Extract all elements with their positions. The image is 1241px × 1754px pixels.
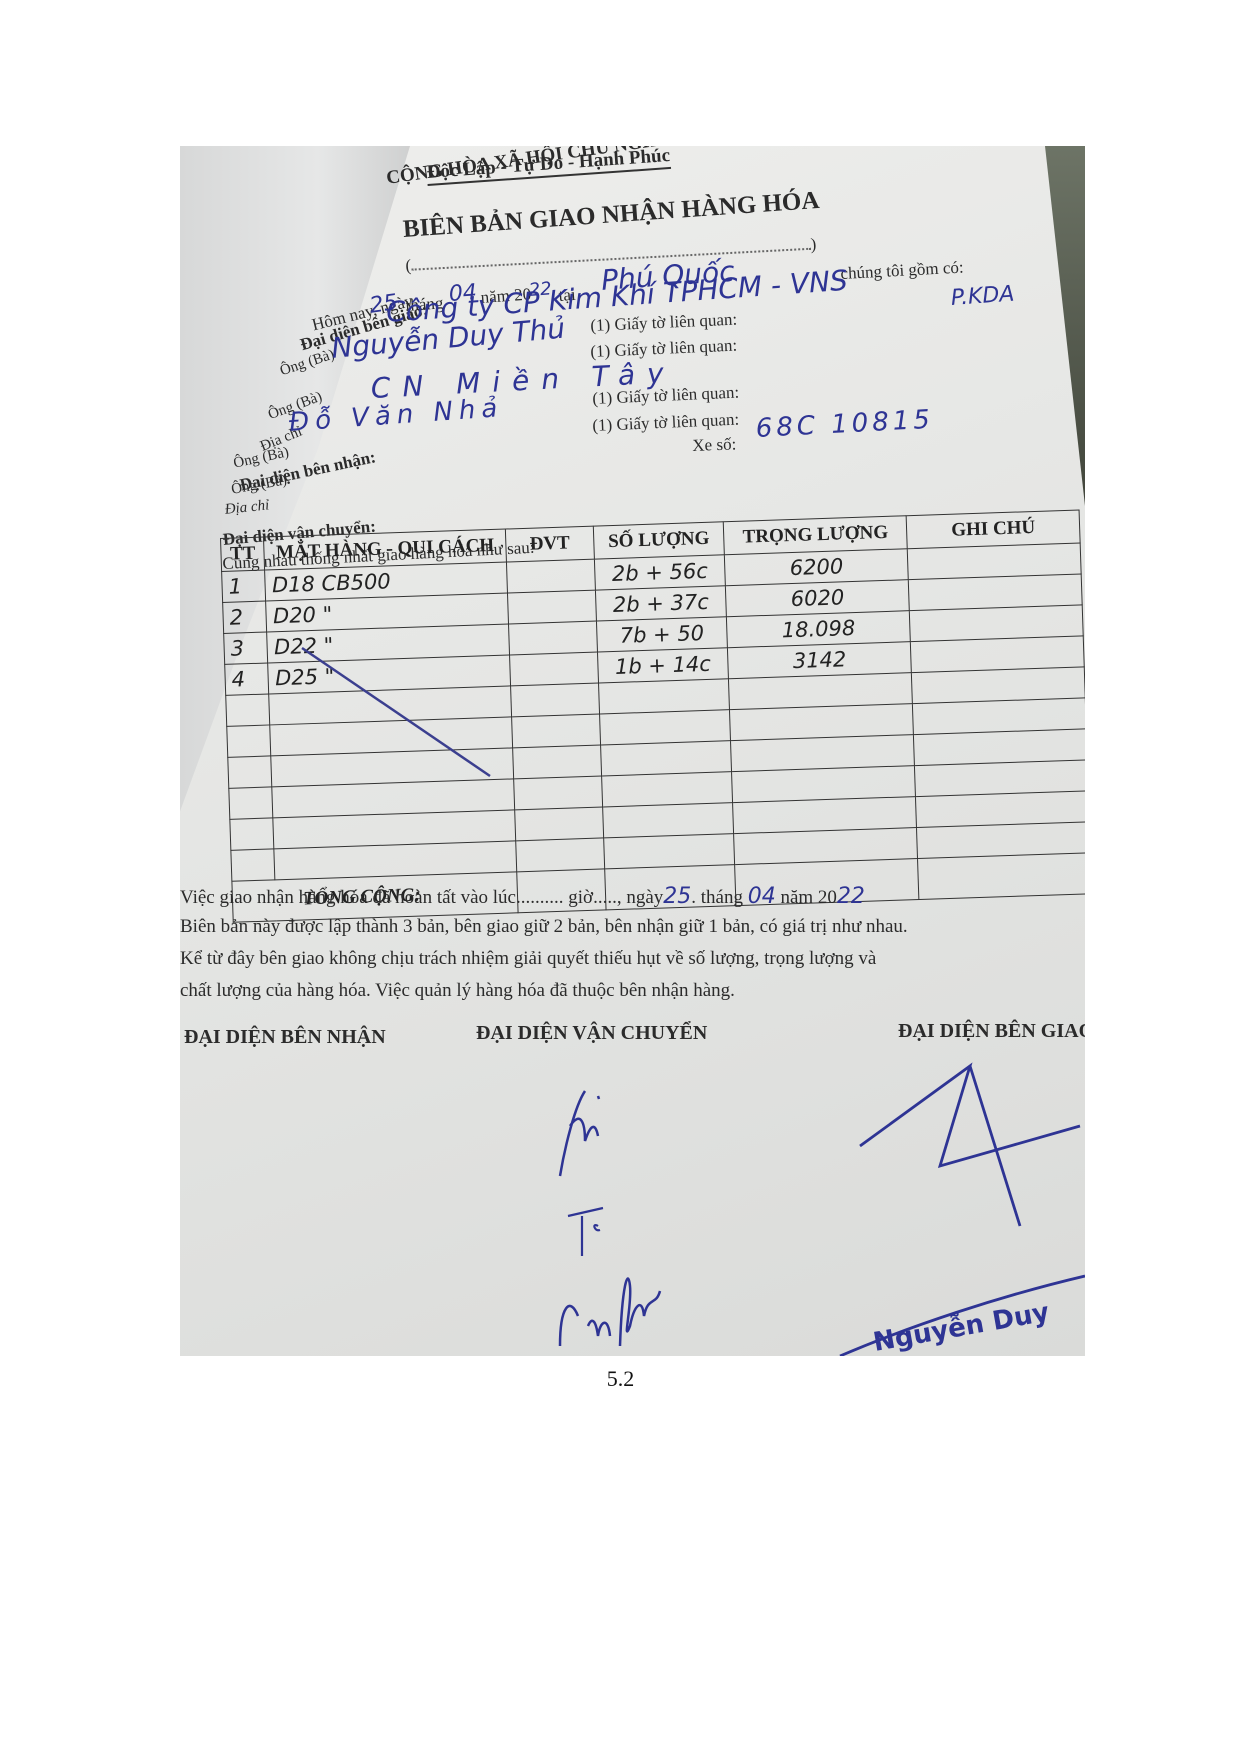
cross-out-stroke: [300, 646, 500, 786]
table-cell-tt: 3: [224, 632, 268, 664]
table-cell-tt: 2: [223, 601, 267, 633]
col-qty: SỐ LƯỢNG: [593, 522, 724, 559]
terms-line-1: Biên bản này được lập thành 3 bản, bên g…: [180, 916, 908, 938]
document-photo: CỘNG HÒA XÃ HỘI CHỦ NGHĨA VIỆT NAM Độc L…: [180, 146, 1085, 1356]
col-tt: TT: [221, 537, 265, 571]
completion-line: Việc giao nhận hàng hóa đã hoàn tất vào …: [180, 884, 865, 909]
completion-year-label: năm 20: [780, 887, 836, 908]
completion-month-label: tháng: [701, 887, 743, 908]
table-cell-qty: 1b + 14c: [597, 648, 728, 683]
table-cell-tt: 1: [222, 570, 266, 602]
table-cell-tt: 4: [225, 663, 269, 695]
table-cell-qty: [602, 803, 733, 838]
table-cell-qty: [598, 679, 729, 714]
completion-month: 04: [748, 884, 776, 909]
table-cell-unit: [510, 683, 599, 717]
table-cell-unit: [513, 745, 602, 779]
table-cell-tt: [228, 756, 272, 788]
table-cell-tt: [230, 818, 274, 850]
table-cell-unit: [516, 838, 605, 872]
table-cell-tt: [226, 694, 270, 726]
terms-line-2: Kể từ đây bên giao không chịu trách nhiệ…: [180, 948, 876, 970]
sender-signature: Nguyễn Duy: [820, 1026, 1085, 1356]
terms-line-3: chất lượng của hàng hóa. Việc quản lý hà…: [180, 980, 735, 1002]
table-cell-qty: 2b + 37c: [595, 586, 726, 621]
table-cell-qty: [599, 710, 730, 745]
table-cell-qty: [603, 834, 734, 869]
completion-text: Việc giao nhận hàng hóa đã hoàn tất vào …: [180, 887, 663, 908]
sender-dept: P.KDA: [950, 282, 1015, 311]
table-cell-tt: [229, 787, 273, 819]
col-unit: ĐVT: [505, 526, 594, 562]
table-cell-unit: [508, 621, 597, 655]
figure-caption: 5.2: [0, 1366, 1241, 1392]
table-cell-unit: [506, 559, 595, 593]
table-cell-qty: [600, 741, 731, 776]
receiver-sign-label: ĐẠI DIỆN BÊN NHẬN: [184, 1026, 386, 1049]
table-cell-qty: 2b + 56c: [594, 555, 725, 590]
carrier-sign-label: ĐẠI DIỆN VẬN CHUYỂN: [476, 1022, 707, 1045]
carrier-signature: [540, 1066, 740, 1356]
table-cell-unit: [515, 807, 604, 841]
table-cell-unit: [507, 590, 596, 624]
table-cell-qty: [601, 772, 732, 807]
table-cell-unit: [509, 652, 598, 686]
table-cell-tt: [227, 725, 271, 757]
table-cell-tt: [231, 849, 275, 881]
total-cell: [918, 853, 1085, 900]
completion-day: 25: [663, 884, 691, 909]
svg-text:Nguyễn Duy: Nguyễn Duy: [871, 1296, 1052, 1356]
vehicle-label: Xe số:: [692, 434, 737, 456]
table-cell-qty: 7b + 50: [596, 617, 727, 652]
table-cell-unit: [511, 714, 600, 748]
table-cell-unit: [514, 776, 603, 810]
completion-year: 22: [837, 884, 865, 909]
